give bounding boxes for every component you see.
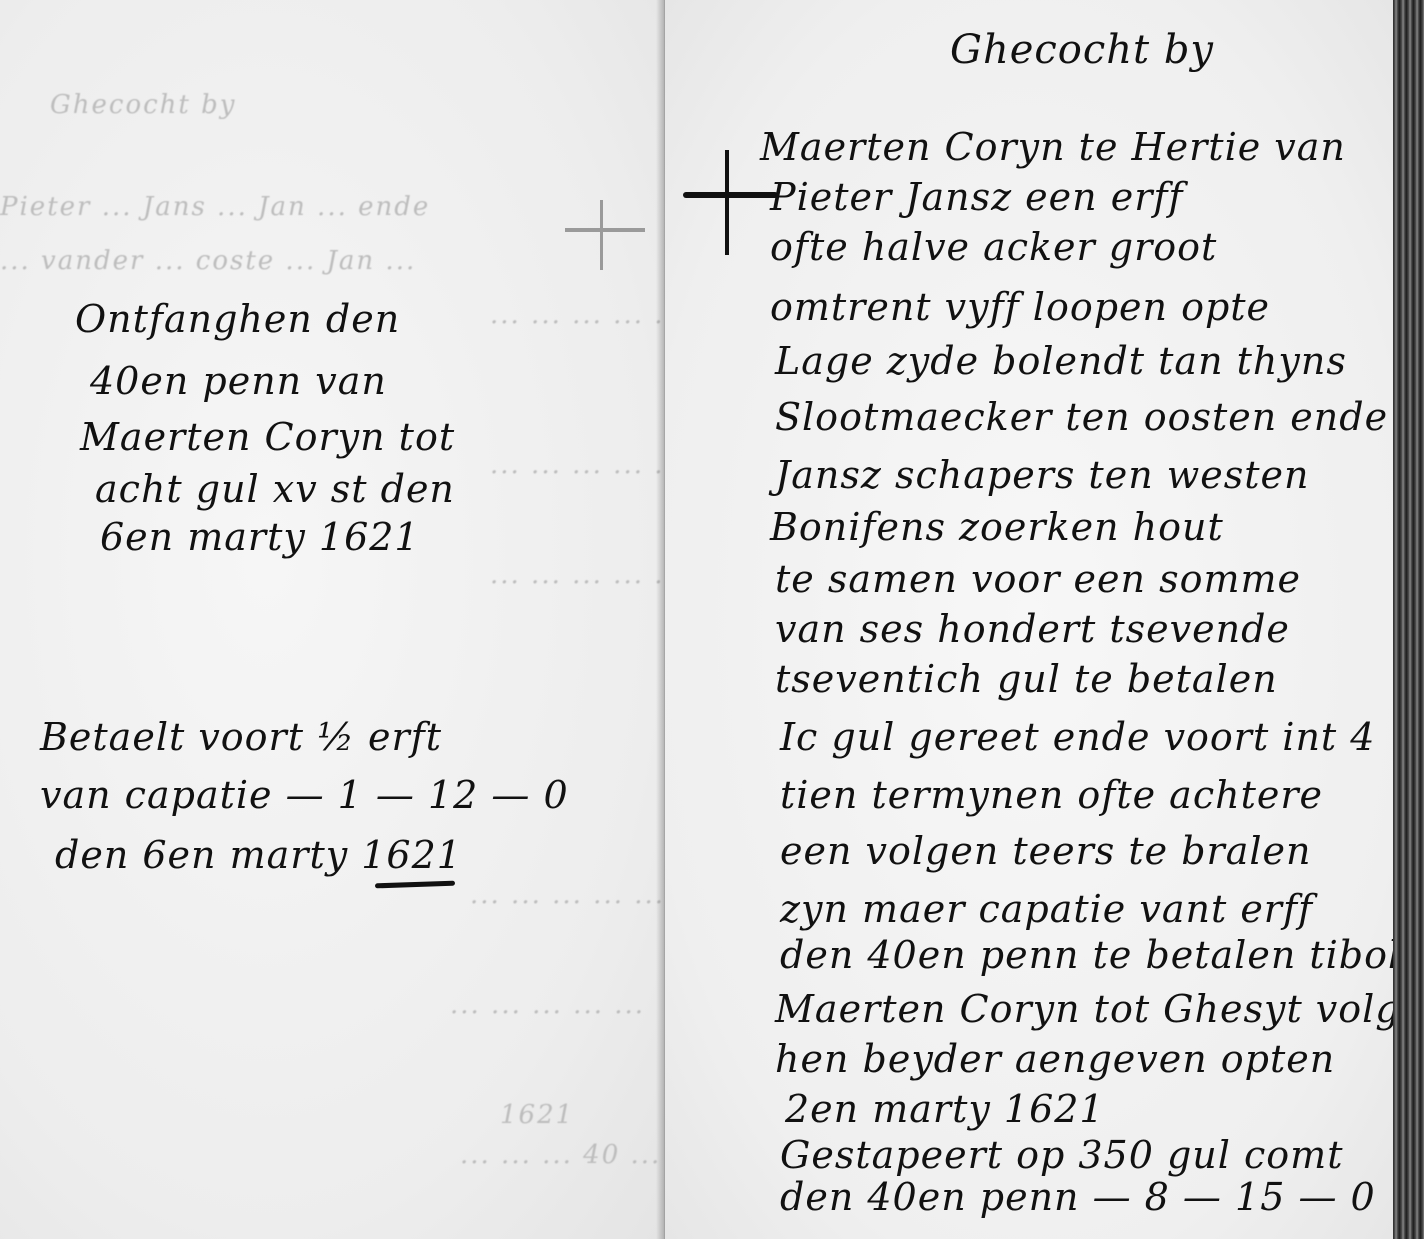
record-line: den 40en penn te betalen tibolen xyxy=(780,936,1424,974)
left-page: Ghecocht by Pieter ... Jans ... Jan ... … xyxy=(0,0,665,1239)
entry-amount-line: van capatie — 1 — 12 — 0 xyxy=(40,776,569,814)
bleed-through-line: 1621 xyxy=(500,1100,574,1130)
entry-line: Maerten Coryn tot xyxy=(80,418,455,456)
page-heading: Ghecocht by xyxy=(950,30,1214,70)
record-line: een volgen teers te bralen xyxy=(780,832,1312,870)
entry-date: 6en marty 1621 xyxy=(100,518,420,556)
record-line: Ic gul gereet ende voort int 4 xyxy=(780,718,1375,756)
bleed-through-line: ... ... ... ... ... xyxy=(470,880,665,910)
record-line: hen beyder aengeven opten xyxy=(775,1040,1335,1078)
record-line: Maerten Coryn tot Ghesyt volgens xyxy=(775,990,1424,1028)
record-line: Maerten Coryn te Hertie van xyxy=(760,128,1346,166)
record-line: van ses hondert tsevende xyxy=(775,610,1290,648)
record-line: ofte halve acker groot xyxy=(770,228,1217,266)
record-line: Pieter Jansz een erff xyxy=(770,178,1184,216)
bleed-through-line: ... ... ... ... ... xyxy=(450,990,645,1020)
right-page: Ghecocht by Maerten Coryn te Hertie van … xyxy=(665,0,1393,1239)
bleed-through-cross-icon xyxy=(600,200,603,270)
bleed-through-line: Pieter ... Jans ... Jan ... ende xyxy=(0,192,430,222)
record-line: tseventich gul te betalen xyxy=(775,660,1278,698)
entry-line: 40en penn van xyxy=(90,362,387,400)
book-page-edges xyxy=(1393,0,1424,1239)
underline-mark xyxy=(375,881,455,889)
bleed-through-heading: Ghecocht by xyxy=(50,90,236,120)
entry-line: Betaelt voort ½ erft xyxy=(40,718,442,756)
manuscript-spread: Ghecocht by Pieter ... Jans ... Jan ... … xyxy=(0,0,1424,1239)
record-line: Lage zyde bolendt tan thyns xyxy=(775,342,1347,380)
fortieth-penny-total: den 40en penn — 8 — 15 — 0 xyxy=(780,1178,1376,1216)
bleed-through-line: ... vander ... coste ... Jan ... xyxy=(0,246,416,276)
entry-date: den 6en marty 1621 xyxy=(55,836,462,874)
record-line: Jansz schapers ten westen xyxy=(775,456,1310,494)
valuation-line: Gestapeert op 350 gul comt xyxy=(780,1136,1343,1174)
record-line: tien termynen ofte achtere xyxy=(780,776,1323,814)
entry-line: acht gul xv st den xyxy=(95,470,455,508)
bleed-through-cross-icon xyxy=(565,228,645,232)
entry-line: Ontfanghen den xyxy=(75,300,400,338)
margin-cross-icon xyxy=(725,150,729,255)
margin-cross-icon xyxy=(683,192,778,198)
record-date: 2en marty 1621 xyxy=(785,1090,1105,1128)
record-line: Slootmaecker ten oosten ende xyxy=(775,398,1388,436)
record-line: zyn maer capatie vant erff xyxy=(780,890,1313,928)
record-line: omtrent vyff loopen opte xyxy=(770,288,1270,326)
record-line: Bonifens zoerken hout xyxy=(770,508,1224,546)
record-line: te samen voor een somme xyxy=(775,560,1301,598)
